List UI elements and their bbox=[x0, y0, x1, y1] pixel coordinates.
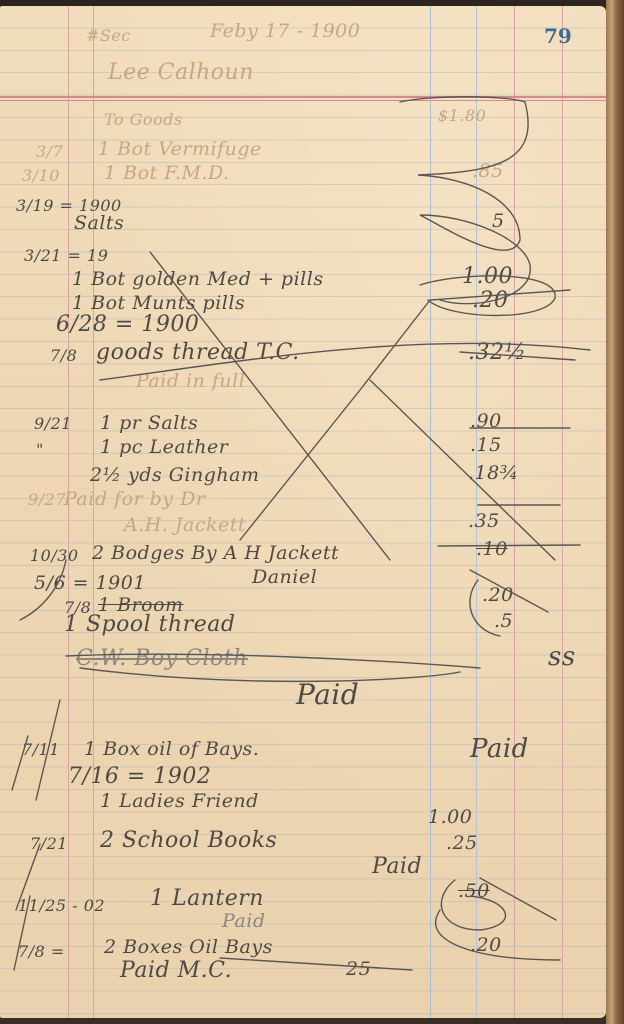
margin-line-red bbox=[68, 6, 69, 1018]
entry-description: 1 Lantern bbox=[150, 886, 264, 911]
amount-column-line-blue bbox=[430, 6, 431, 1018]
page-number: 79 bbox=[544, 24, 572, 48]
entry-amount: Paid bbox=[470, 734, 529, 764]
entry-amount: .25 bbox=[446, 832, 478, 854]
paid-mark: Paid bbox=[222, 910, 266, 932]
entry-amount: .18¾ bbox=[468, 462, 519, 484]
entry-date: 7/8 bbox=[50, 346, 77, 365]
entry-amount: .10 bbox=[476, 538, 508, 560]
paid-mark: Paid bbox=[372, 854, 422, 879]
entry-amount: .20 bbox=[472, 288, 509, 313]
entry-amount: .20 bbox=[470, 934, 502, 956]
amount-column-line-red bbox=[514, 6, 515, 1018]
entry-amount: .32½ bbox=[468, 340, 526, 365]
right-margin-mark: ss bbox=[548, 642, 576, 672]
entry-note: Paid in full bbox=[136, 370, 245, 392]
entry-description: 1 Ladies Friend bbox=[100, 790, 259, 812]
entry-date: 7/16 = 1902 bbox=[68, 764, 211, 789]
entry-date: 10/30 bbox=[30, 546, 79, 565]
entry-description: goods thread T.C. bbox=[96, 340, 300, 365]
entry-amount: .90 bbox=[470, 410, 502, 432]
entry-amount: .5 bbox=[494, 610, 513, 632]
amount-column-line-red-2 bbox=[562, 6, 563, 1018]
entry-date: 7/8 = bbox=[18, 942, 65, 961]
entry-date: 3/21 = 19 bbox=[24, 246, 108, 265]
entry-date: 11/25 - 02 bbox=[18, 896, 105, 915]
entry-date: " bbox=[36, 440, 44, 459]
header-rule-2 bbox=[0, 100, 606, 101]
entry-description: To Goods bbox=[104, 110, 183, 129]
header-rule bbox=[0, 96, 606, 98]
entry-date: 7/11 bbox=[22, 740, 60, 759]
entry-description: 1 Box oil of Bays. bbox=[84, 738, 259, 760]
margin-line-red-2 bbox=[93, 6, 94, 1018]
entry-amount: 1.00 bbox=[462, 264, 513, 289]
entry-date: 9/21 bbox=[34, 414, 72, 433]
entry-amount: .85 bbox=[472, 160, 504, 182]
entry-amount: 5 bbox=[492, 210, 505, 232]
entry-description: 1 pr Salts bbox=[100, 412, 198, 434]
paid-mark: Paid bbox=[296, 678, 359, 711]
entry-date: 3/7 bbox=[36, 142, 63, 161]
entry-amount: .35 bbox=[468, 510, 500, 532]
entry-description: 2 Boxes Oil Bays bbox=[104, 936, 273, 958]
entry-date: 5/6 = 1901 bbox=[34, 572, 146, 594]
entry-description: C.W. Boy Cloth bbox=[76, 646, 248, 671]
entry-description: 1 Bot golden Med + pills bbox=[72, 268, 324, 290]
entry-description: 2 School Books bbox=[100, 828, 277, 853]
entry-date: 7/21 bbox=[30, 834, 68, 853]
entry-date: 9/27 bbox=[28, 490, 66, 509]
entry-description: 1 Bot F.M.D. bbox=[104, 162, 230, 184]
entry-note: Daniel bbox=[252, 566, 317, 588]
entry-description: 1 Bot Vermifuge bbox=[98, 138, 262, 160]
entry-amount: $1.80 bbox=[438, 106, 486, 125]
entry-description: A.H. Jackett bbox=[124, 514, 246, 536]
entry-amount: 25 bbox=[346, 958, 371, 980]
ruled-lines bbox=[0, 6, 606, 1018]
entry-description: 2 Bodges By A H Jackett bbox=[92, 542, 339, 564]
header-mark: #Sec bbox=[86, 26, 131, 45]
entry-amount: .15 bbox=[470, 434, 502, 456]
entry-description: Salts bbox=[74, 212, 124, 234]
entry-description: 1 Bot Munts pills bbox=[72, 292, 245, 314]
entry-date: 3/10 bbox=[22, 166, 60, 185]
entry-date: 6/28 = 1900 bbox=[56, 312, 199, 337]
entry-description: Paid for by Dr bbox=[64, 488, 205, 510]
entry-description: 1 Spool thread bbox=[64, 612, 235, 637]
header-date: Feby 17 - 1900 bbox=[210, 20, 360, 42]
account-name: Lee Calhoun bbox=[108, 60, 254, 85]
entry-description: 1 pc Leather bbox=[100, 436, 228, 458]
ledger-page: 79 #Sec Feby 17 - 1900 Lee Calhoun To Go… bbox=[0, 6, 606, 1018]
entry-amount: 1.00 bbox=[428, 806, 472, 828]
entry-amount: .50 bbox=[458, 880, 490, 902]
entry-description: Paid M.C. bbox=[120, 958, 232, 983]
entry-description: 2½ yds Gingham bbox=[90, 464, 259, 486]
book-edge bbox=[606, 0, 624, 1024]
entry-amount: .20 bbox=[482, 584, 514, 606]
